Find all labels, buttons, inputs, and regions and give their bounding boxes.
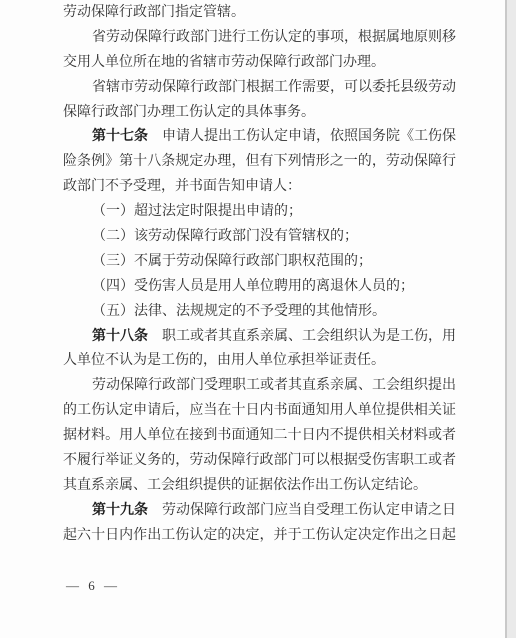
document-line: 的工伤认定申请后，应当在十日内书面通知用人单位提供相关证 [63,399,456,424]
document-line-article-19: 第十九条劳动保障行政部门应当自受理工伤认定申请之日 [63,499,456,524]
list-item-2: （二）该劳动保障行政部门没有管辖权的； [63,225,456,250]
document-line: 不履行举证义务的，劳动保障行政部门可以根据受伤害职工或者 [63,449,456,474]
article-number: 第十九条 [92,503,148,518]
list-item-3: （三）不属于劳动保障行政部门职权范围的； [63,250,456,275]
document-text-block: 劳动保障行政部门指定管辖。 省劳动保障行政部门进行工伤认定的事项，根据属地原则移… [63,1,456,549]
article-number: 第十七条 [92,129,148,144]
document-line: 政部门不予受理，并书面告知申请人： [63,175,456,200]
document-line: 省辖市劳动保障行政部门根据工作需要，可以委托县级劳动 [63,76,456,101]
document-line: 人单位不认为是工伤的，由用人单位承担举证责任。 [63,349,456,374]
document-line: 劳动保障行政部门指定管辖。 [63,1,456,26]
list-item-1: （一）超过法定时限提出申请的； [63,200,456,225]
page-number: — 6 — [66,578,120,594]
document-line: 其直系亲属、工会组织提供的证据依法作出工伤认定结论。 [63,474,456,499]
document-line: 起六十日内作出工伤认定的决定，并于工伤认定决定作出之日起 [63,524,456,549]
document-line-article-17: 第十七条申请人提出工伤认定申请，依照国务院《工伤保 [63,125,456,150]
document-page: 劳动保障行政部门指定管辖。 省劳动保障行政部门进行工伤认定的事项，根据属地原则移… [0,0,516,638]
article-text: 劳动保障行政部门应当自受理工伤认定申请之日 [162,503,456,518]
document-line: 省劳动保障行政部门进行工伤认定的事项，根据属地原则移 [63,26,456,51]
page-edge-shadow [505,0,516,638]
list-item-5: （五）法律、法规规定的不予受理的其他情形。 [63,300,456,325]
document-line: 险条例》第十八条规定办理，但有下列情形之一的，劳动保障行 [63,150,456,175]
article-number: 第十八条 [92,329,148,344]
document-line: 保障行政部门办理工伤认定的具体事务。 [63,101,456,126]
article-text: 职工或者其直系亲属、工会组织认为是工伤，用 [162,329,456,344]
document-line: 据材料。用人单位在接到书面通知二十日内不提供相关材料或者 [63,424,456,449]
list-item-4: （四）受伤害人员是用人单位聘用的离退休人员的； [63,275,456,300]
document-line: 交用人单位所在地的省辖市劳动保障行政部门办理。 [63,51,456,76]
document-line-article-18: 第十八条职工或者其直系亲属、工会组织认为是工伤，用 [63,325,456,350]
document-line: 劳动保障行政部门受理职工或者其直系亲属、工会组织提出 [63,374,456,399]
article-text: 申请人提出工伤认定申请，依照国务院《工伤保 [162,129,456,144]
